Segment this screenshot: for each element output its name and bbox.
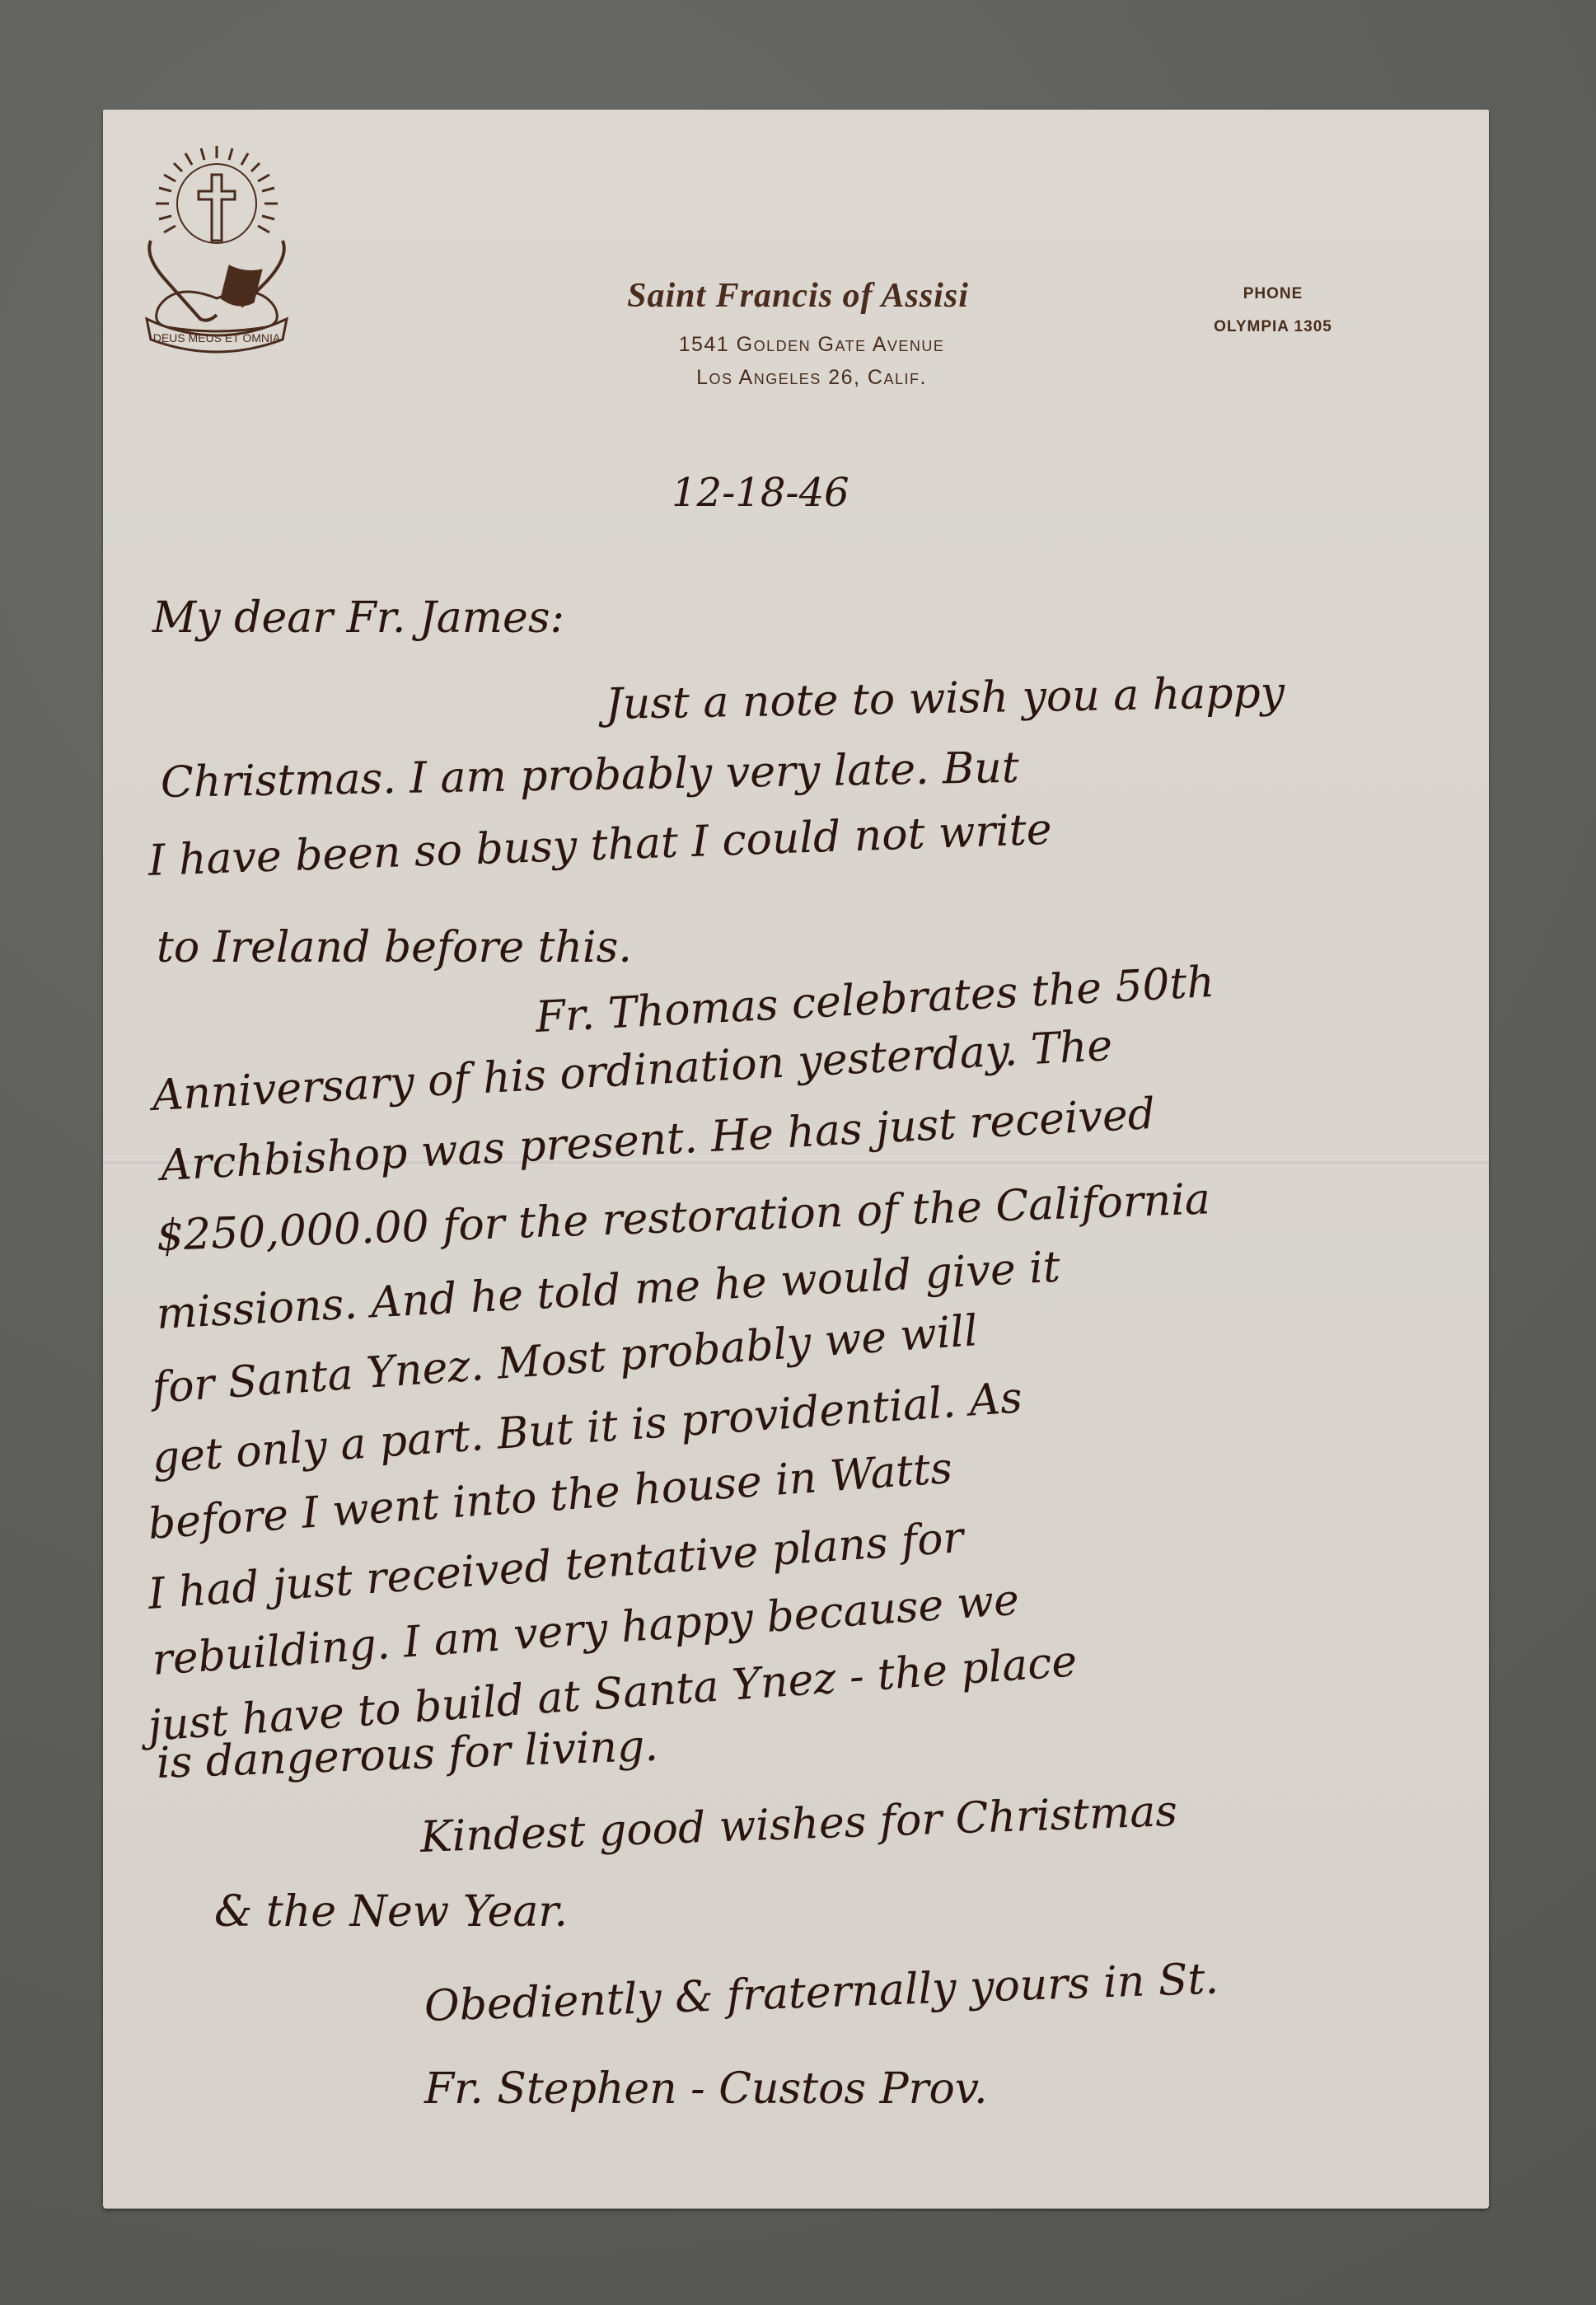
salutation: My dear Fr. James: [152,593,564,643]
letterhead-address: 1541 Golden Gate Avenue Los Angeles 26, … [548,333,1075,399]
body-line: to Ireland before this. [157,923,632,972]
phone-number: OLYMPIA 1305 [1170,318,1376,336]
closing-line: & the New Year. [214,1887,568,1937]
letter-date: 12-18-46 [672,470,849,516]
address-line-1: 1541 Golden Gate Avenue [548,333,1075,357]
address-line-2: Los Angeles 26, Calif. [548,366,1075,390]
phone-label: PHONE [1170,285,1376,303]
crest-motto: DEUS MEUS ET OMNIA [153,331,281,344]
crest-icon: DEUS MEUS ET OMNIA [134,142,299,356]
signature: Fr. Stephen - Custos Prov. [424,2064,988,2114]
